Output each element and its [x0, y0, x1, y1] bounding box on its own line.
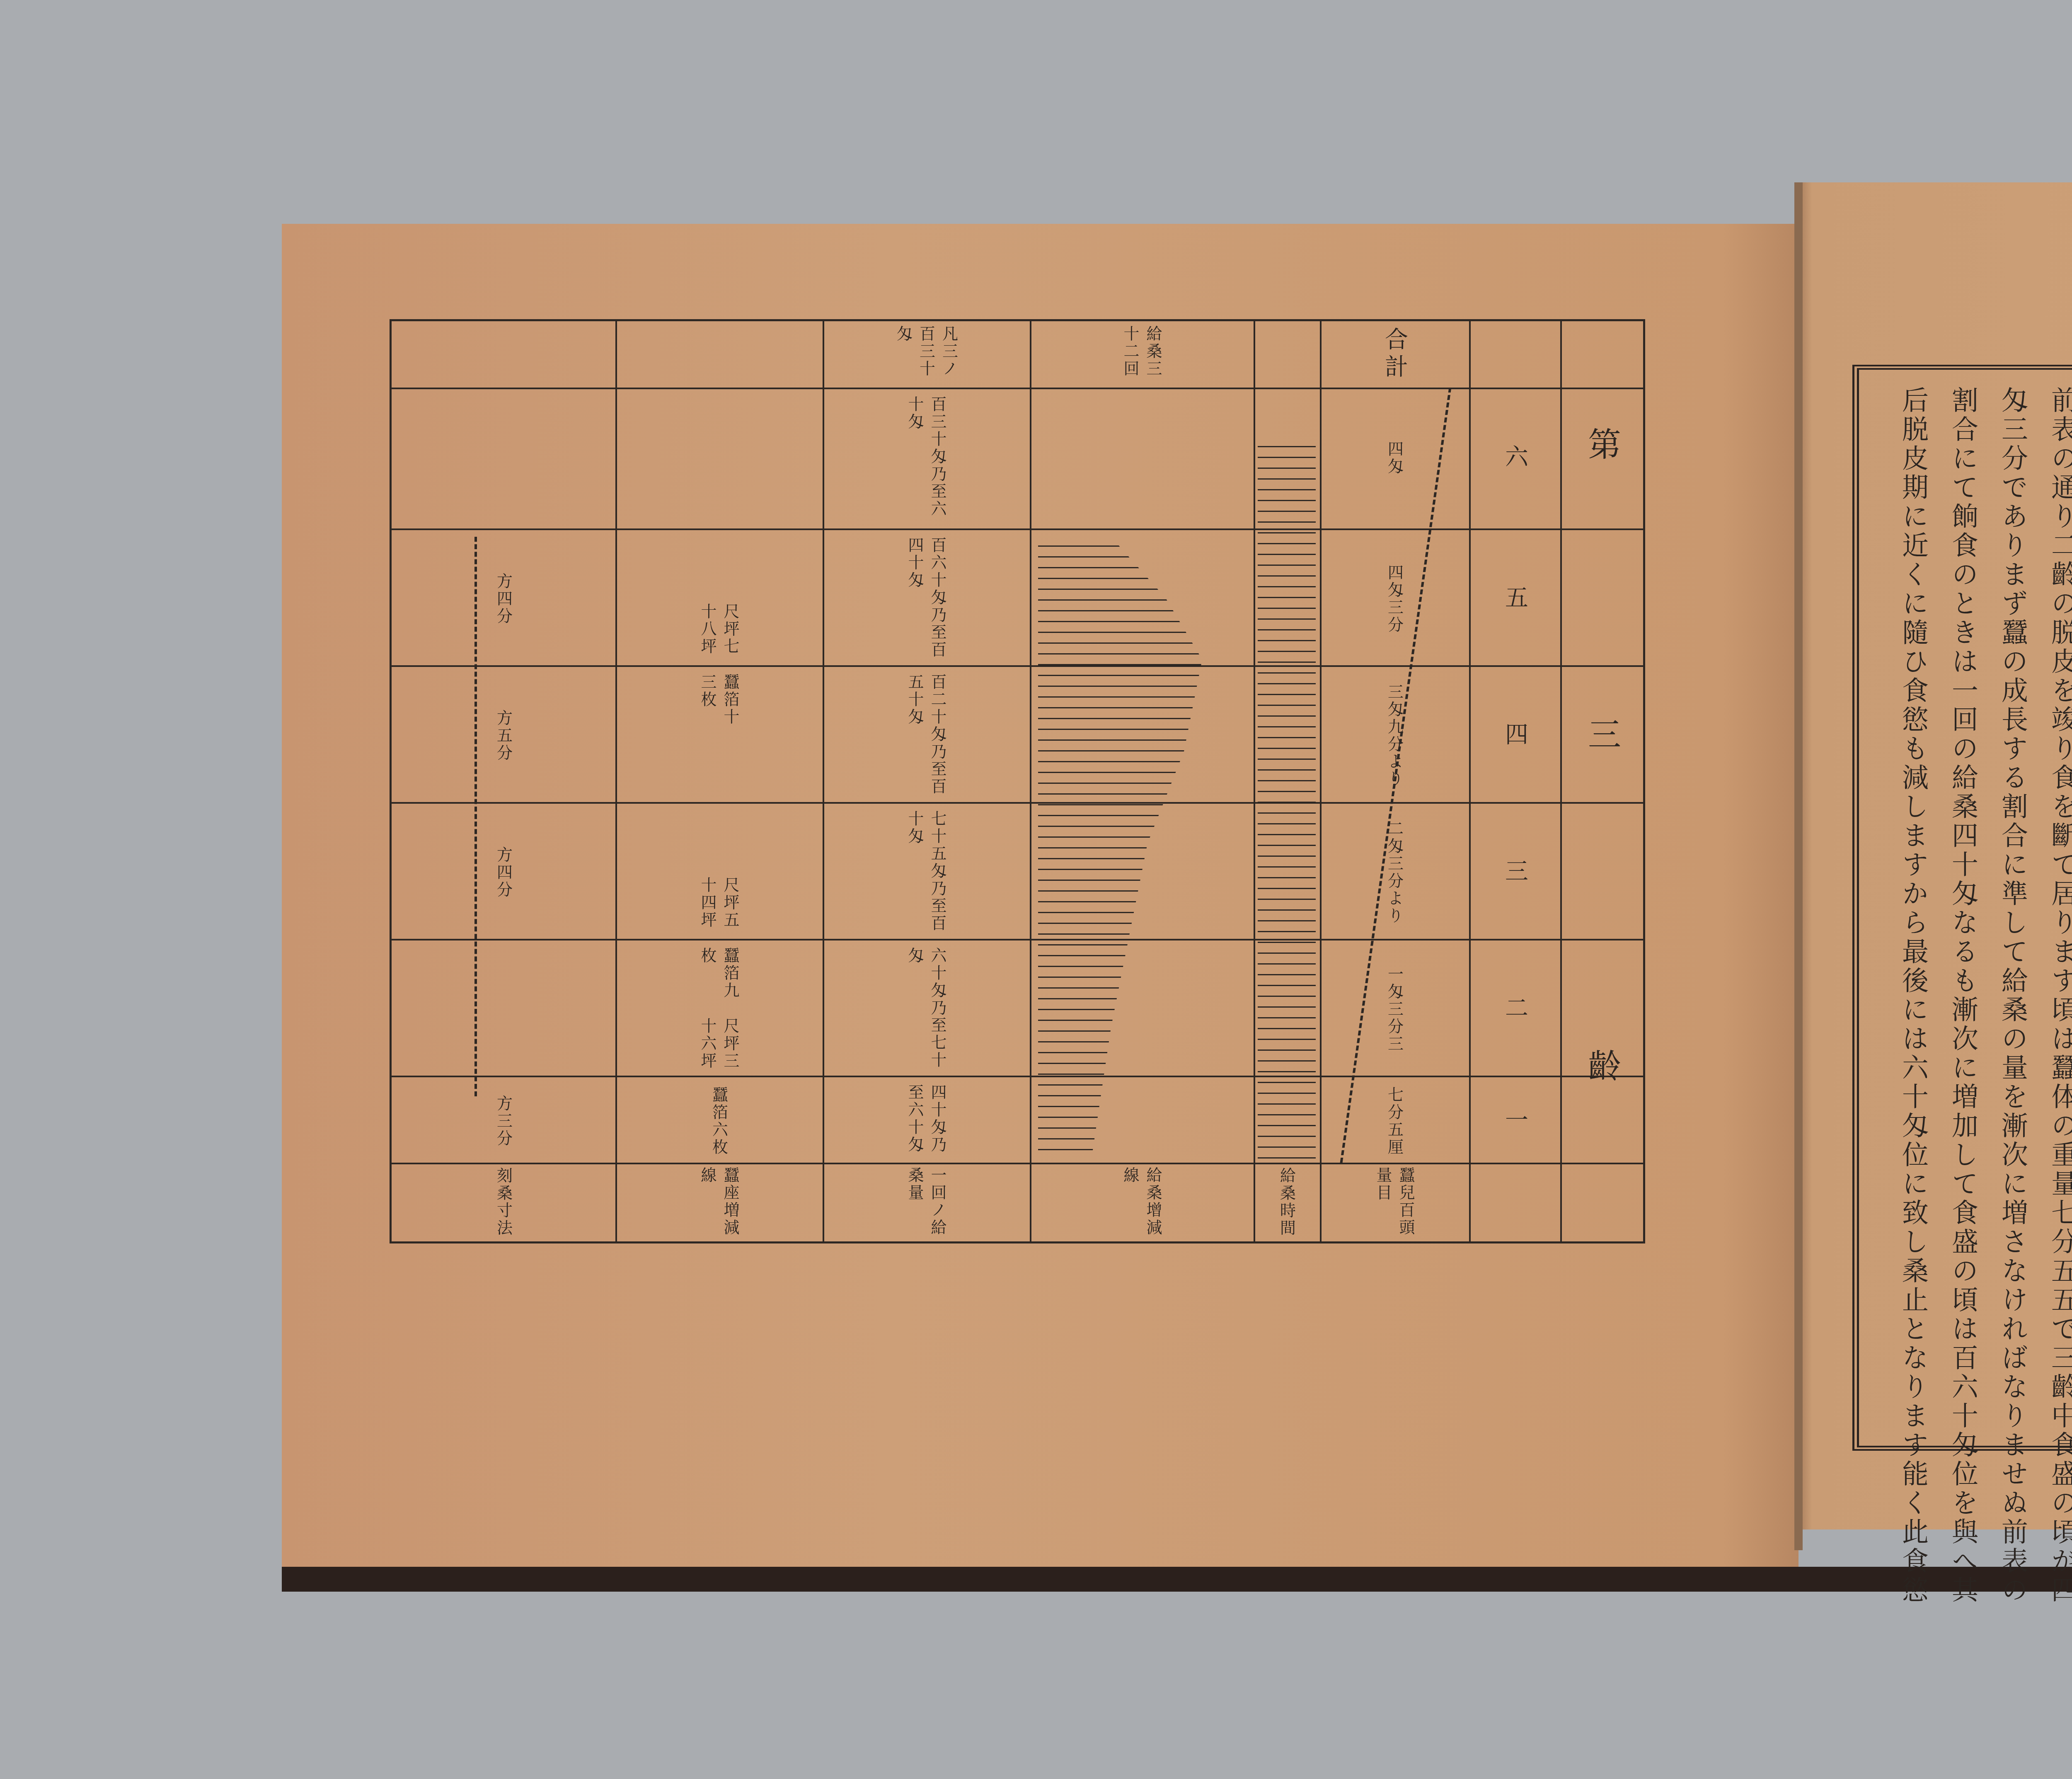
grid-line	[392, 1076, 1643, 1077]
bed-size-value: 尺坪五十四坪	[624, 877, 814, 939]
feeding-amount-value: 百二十匁乃至百五十匁	[831, 674, 1021, 798]
header-cut-size: 刻桑寸法	[400, 1167, 607, 1237]
silkworm-weight-value: 四匁三分	[1324, 537, 1465, 661]
header-bed-line: 蠶座増減線	[624, 1167, 814, 1237]
grid-line	[392, 939, 1643, 940]
grid-line	[392, 802, 1643, 804]
day-label: 一	[1473, 1084, 1556, 1159]
day-label: 三	[1473, 810, 1556, 935]
grid-line	[1254, 321, 1255, 1241]
silkworm-weight-value: 一匁三分三	[1324, 947, 1465, 1071]
grid-line	[392, 528, 1643, 530]
text-line: 前表の通り二齡の脱皮を竣り食を斷て居ります頃は蠶体の重量七分五五で三齡中食盛の頃…	[2041, 386, 2072, 1605]
grid-line	[392, 665, 1643, 667]
day-label: 五	[1473, 537, 1556, 661]
cut-size-value: 方四分	[400, 537, 607, 661]
text-line: 后脱皮期に近くに隨ひ食慾も減しますから最後には六十匁位に致し桑止となります能く此…	[1892, 386, 1934, 1605]
silkworm-weight-value: 二匁三分より	[1324, 810, 1465, 935]
feeding-table: 第 三 齡 一 二 三 四 五 六 蠶兒百頭量目 給桑時間 給桑增減線 一回ノ給…	[390, 319, 1645, 1243]
grid-line	[615, 321, 617, 1241]
totals-feeding-count: 給桑三十二回	[1038, 325, 1245, 383]
header-feeding-increase-line: 給桑增減線	[1038, 1167, 1245, 1237]
text-box: 桑付を致しましてから日々成長しまする割合を表にしてお示し申します 前表の通り二齡…	[1852, 365, 2072, 1451]
cut-size-value: 方三分	[400, 1084, 607, 1159]
day-label: 二	[1473, 947, 1556, 1071]
header-silkworm-weight: 蠶兒百頭量目	[1324, 1167, 1465, 1237]
feeding-increase-graph	[1038, 537, 1220, 1150]
grid-line	[1560, 321, 1562, 1241]
feeding-amount-value: 七十五匁乃至百十匁	[831, 810, 1021, 935]
table-title-char: 三	[1564, 694, 1639, 777]
grid-line	[392, 1163, 1643, 1164]
feeding-amount-value: 百三十匁乃至六十匁	[831, 396, 1021, 520]
cut-size-value: 方四分	[400, 810, 607, 935]
feeding-amount-value: 四十匁乃至六十匁	[831, 1084, 1021, 1159]
book-spine	[1794, 182, 1803, 1550]
cut-size-line	[474, 537, 477, 1096]
bed-size-value: 蠶箔十三枚	[624, 674, 814, 736]
grid-line	[392, 388, 1643, 389]
silkworm-weight-value: 四匁	[1324, 396, 1465, 520]
day-label: 六	[1473, 396, 1556, 520]
header-feeding-amount: 一回ノ給桑量	[831, 1167, 1021, 1237]
feeding-amount-value: 六十匁乃至七十匁	[831, 947, 1021, 1071]
bed-size-value: 尺坪七十八坪	[624, 603, 814, 665]
text-line: 割合にて餉食のときは一回の給桑四十匁なるも漸次に増加して食盛の頃は百六十匁位を與…	[1942, 386, 1983, 1605]
grid-line	[1030, 321, 1031, 1241]
header-feeding-time: 給桑時間	[1258, 1167, 1316, 1237]
table-title-char: 齡	[1564, 1026, 1639, 1109]
day-label: 四	[1473, 674, 1556, 798]
grid-line	[1320, 321, 1322, 1241]
totals-feeding-total: 凡三ノ百三十匁	[831, 325, 1021, 383]
feeding-time-marks	[1258, 446, 1316, 1159]
totals-label: 合計	[1324, 325, 1465, 383]
grid-line	[1469, 321, 1471, 1241]
feeding-amount-value: 百六十匁乃至百四十匁	[831, 537, 1021, 661]
bed-size-value: 尺坪三十六坪	[624, 1018, 814, 1080]
text-line: 匁三分でありまず蠶の成長する割合に準して給桑の量を漸次に増さなければなりませぬ前…	[1992, 386, 2033, 1605]
silkworm-weight-value: 七分五厘	[1324, 1084, 1465, 1159]
grid-line	[823, 321, 824, 1241]
bed-size-value: 蠶箔九枚	[624, 947, 814, 1009]
bed-size-value: 蠶箔六枚	[624, 1084, 814, 1159]
table-title-char: 第	[1564, 404, 1639, 487]
page-bottom-shadow	[282, 1567, 2072, 1592]
cut-size-value: 方五分	[400, 674, 607, 798]
